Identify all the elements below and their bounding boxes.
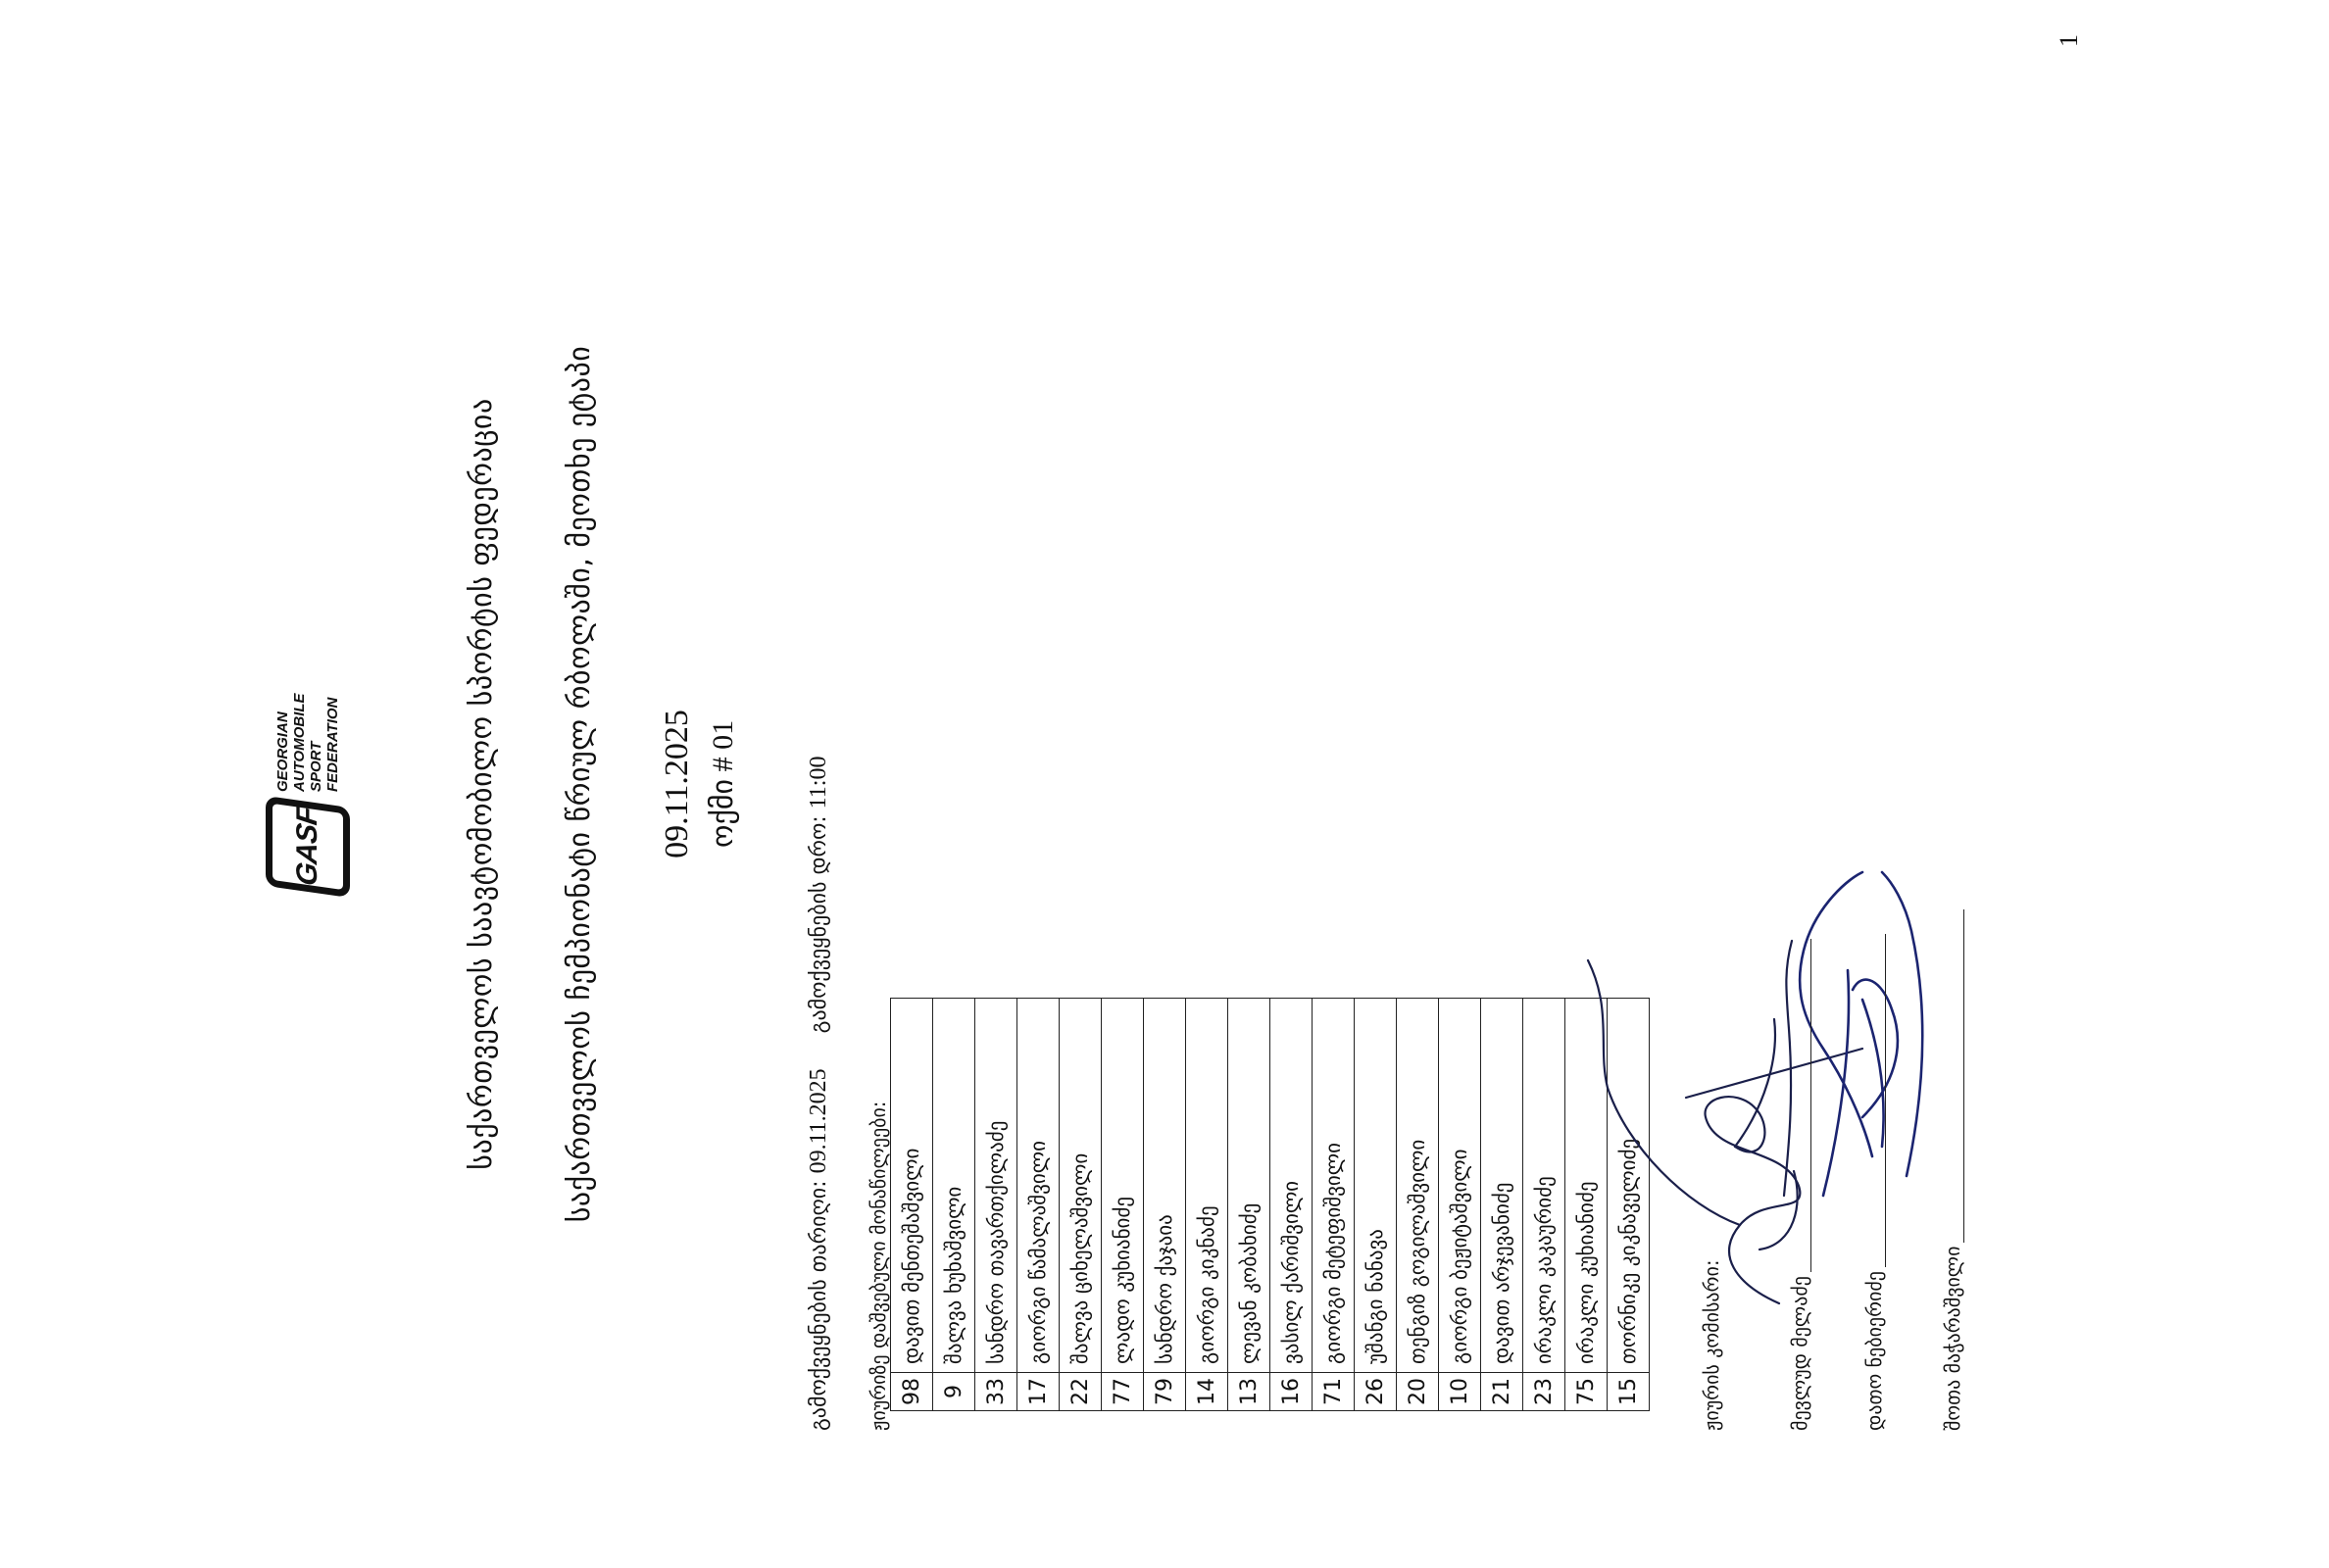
signature-line [1867,934,1886,1267]
event-date: 09.11.2025 [659,0,696,1568]
page-number: 1 [2055,34,2084,47]
participant-number: 9 [933,1373,975,1411]
participant-number: 79 [1144,1373,1186,1411]
participant-row: 98დავით მენთეშაშვილი [891,999,933,1411]
document-page: GASF GEORGIAN AUTOMOBILE SPORT FEDERATIO… [0,0,2329,1568]
participant-row: 10გიორგი ბეჟიტაშვილი [1439,999,1481,1411]
participant-row: 14გიორგი კიკნაძე [1186,999,1228,1411]
commissioner-name: დათო ნებიერიძე [1862,1271,1886,1431]
participant-number: 20 [1397,1373,1439,1411]
commissioner-signature-row: დათო ნებიერიძე [1862,934,1886,1431]
logo-badge-text: GASF [291,806,324,888]
participant-name: გიორგი ბეჟიტაშვილი [1439,999,1481,1373]
participant-row: 77ლადო კუხიანიძე [1102,999,1144,1411]
logo-caption-line2: SPORT FEDERATION [308,647,341,792]
gasf-logo: GASF GEORGIAN AUTOMOBILE SPORT FEDERATIO… [263,647,353,892]
participant-number: 77 [1102,1373,1144,1411]
participant-number: 26 [1355,1373,1397,1411]
participant-name: თენგიზ გოგილაშვილი [1397,999,1439,1373]
participant-row: 33სანდრო თავართქილაძე [975,999,1017,1411]
signature-line [1946,909,1964,1243]
participant-name: გიორგი კიკნაძე [1186,999,1228,1373]
participant-number: 10 [1439,1373,1481,1411]
participant-name: ირაკლი კაკაურიძე [1523,999,1565,1373]
participant-name: ირაკლი კუხიანიძე [1565,999,1608,1373]
participant-row: 21დავით არჯევანიძე [1481,999,1523,1411]
participant-name: დავით არჯევანიძე [1481,999,1523,1373]
participant-name: თორნიკე კიკნაველიძე [1608,999,1650,1373]
participant-name: ვასილ ქარიშვილი [1270,999,1313,1373]
participant-row: 71გიორგი მეტეფიშვილი [1313,999,1355,1411]
participant-number: 17 [1017,1373,1060,1411]
publication-time-value: 11:00 [806,757,831,809]
participant-name: ლევან კობახიძე [1228,999,1270,1373]
participant-number: 71 [1313,1373,1355,1411]
logo-caption-line1: GEORGIAN AUTOMOBILE [274,647,308,792]
participant-number: 23 [1523,1373,1565,1411]
commissioner-signature-row: შოთა მაჭარაშვილი [1941,909,1964,1431]
participants-caption: ჟიურიზე დაშვებული მონაწილეები: [867,1101,890,1431]
publication-info: გამოქვეყნების თარიღი: 09.11.2025 გამოქვე… [806,757,832,1431]
signature-line [1793,939,1811,1272]
commission-heading: ჟიურის კომისარი: [1700,1259,1723,1431]
participant-name: დავით მენთეშაშვილი [891,999,933,1373]
participant-name: შალვა ხუხაშვილი [933,999,975,1373]
participant-name: ლადო კუხიანიძე [1102,999,1144,1373]
protocol-number: ოქმი # 01 [706,0,740,1568]
participant-number: 75 [1565,1373,1608,1411]
participant-number: 21 [1481,1373,1523,1411]
commissioner-signature-row: მევლუდ მელაძე [1788,939,1811,1431]
participant-number: 15 [1608,1373,1650,1411]
publication-time-label: გამოქვეყნების დრო: [807,815,831,1033]
participant-number: 14 [1186,1373,1228,1411]
participant-row: 26უშანგი ნანავა [1355,999,1397,1411]
participant-row: 15თორნიკე კიკნაველიძე [1608,999,1650,1411]
participant-name: სანდრო თავართქილაძე [975,999,1017,1373]
participant-row: 23ირაკლი კაკაურიძე [1523,999,1565,1411]
commissioner-name: შოთა მაჭარაშვილი [1941,1247,1964,1431]
participant-row: 79სანდრო ქაჯაია [1144,999,1186,1411]
participant-name: გიორგი წამალაშვილი [1017,999,1060,1373]
publication-date-label: გამოქვეყნების თარიღი: [807,1180,831,1431]
participant-number: 98 [891,1373,933,1411]
participant-name: უშანგი ნანავა [1355,999,1397,1373]
participant-row: 20თენგიზ გოგილაშვილი [1397,999,1439,1411]
event-title: საქართველოს ჩემპიონატი წრიულ რბოლაში, მე… [563,0,597,1568]
participant-row: 9შალვა ხუხაშვილი [933,999,975,1411]
organization-title: საქართველოს საავტომობილო სპორტის ფედერაც… [465,0,499,1568]
participant-number: 16 [1270,1373,1313,1411]
participant-name: გიორგი მეტეფიშვილი [1313,999,1355,1373]
commissioner-name: მევლუდ მელაძე [1788,1276,1811,1431]
participant-number: 22 [1060,1373,1102,1411]
logo-caption: GEORGIAN AUTOMOBILE SPORT FEDERATION [274,647,341,792]
participant-name: შალვა ციხელაშვილი [1060,999,1102,1373]
participant-row: 75ირაკლი კუხიანიძე [1565,999,1608,1411]
participant-row: 17გიორგი წამალაშვილი [1017,999,1060,1411]
participant-row: 22შალვა ციხელაშვილი [1060,999,1102,1411]
participant-number: 33 [975,1373,1017,1411]
participant-number: 13 [1228,1373,1270,1411]
publication-date-value: 09.11.2025 [806,1068,831,1173]
logo-badge: GASF [266,796,350,898]
participant-row: 16ვასილ ქარიშვილი [1270,999,1313,1411]
participants-table: 98დავით მენთეშაშვილი9შალვა ხუხაშვილი33სა… [890,998,1650,1411]
participant-name: სანდრო ქაჯაია [1144,999,1186,1373]
participant-row: 13ლევან კობახიძე [1228,999,1270,1411]
